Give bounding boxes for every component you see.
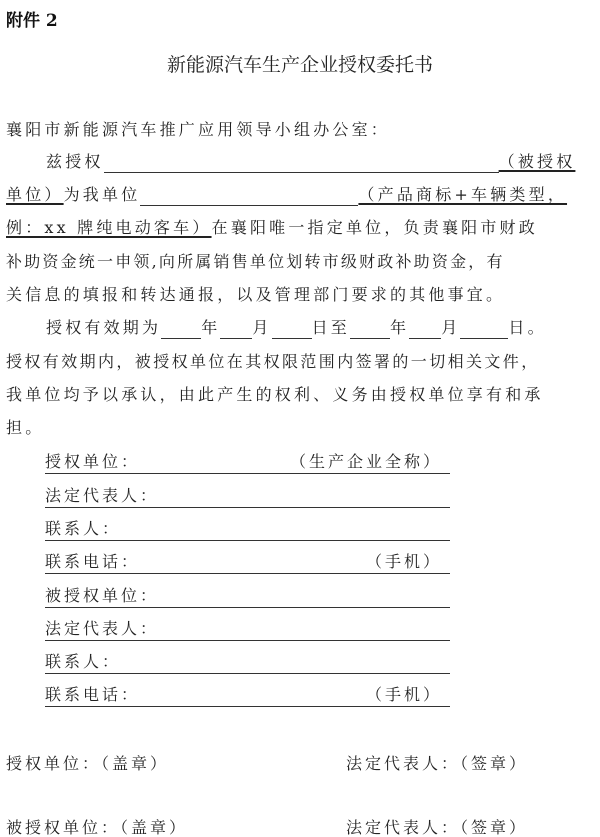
text: 例：xx 牌纯电动客车） [6, 218, 212, 237]
text: 为我单位 [64, 185, 141, 204]
text: 授权有效期为 [46, 318, 161, 337]
field-contact-phone-2[interactable]: 联系电话： （手机） [45, 684, 450, 707]
authorized-unit-blank[interactable] [104, 152, 499, 173]
paragraph1-line3: 例：xx 牌纯电动客车）在襄阳唯一指定单位，负责襄阳市财政 [6, 217, 538, 239]
text: 单位） [6, 185, 64, 204]
start-year-blank[interactable] [161, 318, 201, 339]
field-legal-representative-2[interactable]: 法定代表人： [45, 618, 450, 641]
paragraph2-line2: 授权有效期内，被授权单位在其权限范围内签署的一切相关文件， [6, 351, 540, 373]
field-label: 授权单位： [45, 452, 140, 471]
paragraph2-line1: 授权有效期为年月日至年月日。 [46, 317, 547, 339]
paragraph1-line5: 关信息的填报和转达通报，以及管理部门要求的其他事宜。 [6, 284, 505, 306]
field-label: 法定代表人： [45, 619, 159, 638]
text: 兹授权 [46, 152, 104, 171]
text: 在襄阳唯一指定单位，负责襄阳市财政 [212, 218, 538, 237]
text: （产品商标+车辆类型， [358, 185, 567, 204]
salutation: 襄阳市新能源汽车推广应用领导小组办公室： [6, 119, 390, 141]
start-day-blank[interactable] [272, 318, 312, 339]
text: 日。 [508, 318, 546, 337]
field-label: 联系人： [45, 652, 121, 671]
field-contact-phone[interactable]: 联系电话： （手机） [45, 551, 450, 574]
field-label: 法定代表人： [45, 486, 159, 505]
field-hint: （手机） [366, 684, 442, 706]
end-month-blank[interactable] [409, 318, 441, 339]
signature-authorized-unit: 被授权单位：（盖章） [6, 815, 188, 837]
paragraph1-line2: 单位）为我单位（产品商标+车辆类型， [6, 184, 567, 206]
signature-authorizing-unit: 授权单位：（盖章） [6, 751, 169, 774]
paragraph1-line4: 补助资金统一申领,向所属销售单位划转市级财政补助资金，有 [6, 251, 505, 273]
paragraph1-line1: 兹授权（被授权 [46, 151, 575, 173]
text: 日至 [312, 318, 350, 337]
paragraph2-line3: 我单位均予以承认，由此产生的权利、义务由授权单位享有和承 [6, 384, 544, 406]
field-hint: （手机） [366, 551, 442, 573]
start-month-blank[interactable] [220, 318, 252, 339]
signature-legal-rep-2: 法定代表人：（签章） [346, 815, 528, 837]
field-contact-person-2[interactable]: 联系人： [45, 651, 450, 674]
signature-legal-rep-1: 法定代表人：（签章） [346, 751, 528, 774]
document-title: 新能源汽车生产企业授权委托书 [0, 50, 600, 77]
field-contact-person[interactable]: 联系人： [45, 518, 450, 541]
text: 月 [441, 318, 460, 337]
attachment-label: 附件 2 [6, 6, 58, 31]
text: 年 [201, 318, 220, 337]
field-label: 联系电话： [45, 685, 140, 704]
field-label: 联系人： [45, 519, 121, 538]
product-brand-blank[interactable] [140, 185, 358, 206]
field-authorized-unit[interactable]: 被授权单位： [45, 585, 450, 608]
field-hint: （生产企业全称） [290, 451, 442, 473]
paragraph2-line4: 担。 [6, 417, 44, 439]
end-year-blank[interactable] [350, 318, 390, 339]
text: 月 [252, 318, 271, 337]
field-label: 联系电话： [45, 552, 140, 571]
text: （被授权 [499, 152, 576, 171]
field-legal-representative[interactable]: 法定代表人： [45, 485, 450, 508]
end-day-blank[interactable] [460, 318, 508, 339]
text: 年 [390, 318, 409, 337]
field-authorizing-unit[interactable]: 授权单位： （生产企业全称） [45, 451, 450, 474]
field-label: 被授权单位： [45, 586, 159, 605]
